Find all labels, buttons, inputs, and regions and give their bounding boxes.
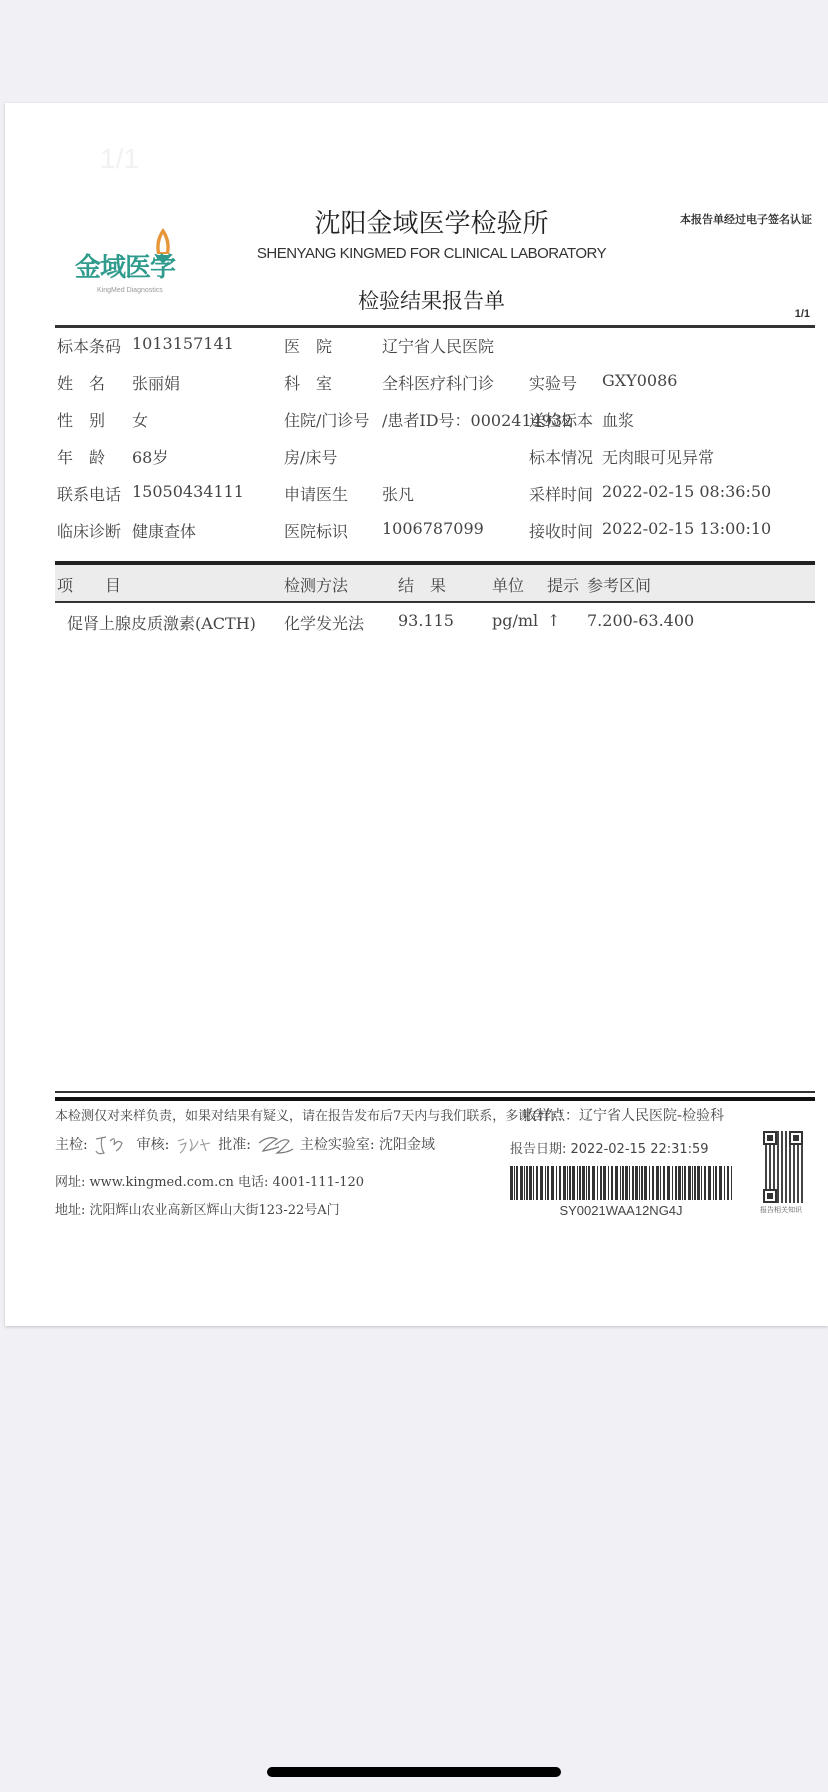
info-row: 标本条码 1013157141 医 院 辽宁省人民医院 [57, 328, 817, 365]
value-diagnosis: 健康查体 [132, 519, 196, 542]
label-specimen-barcode: 标本条码 [57, 334, 121, 357]
home-indicator[interactable] [267, 1767, 561, 1777]
header-result: 结 果 [398, 573, 446, 596]
cell-item: 促肾上腺皮质激素(ACTH) [67, 611, 256, 634]
results-table-header: 项 目 检测方法 结 果 单位 提示 参考区间 [55, 561, 815, 603]
value-name: 张丽娟 [132, 371, 180, 394]
value-specimen-condition: 无肉眼可见异常 [602, 445, 714, 468]
header-unit: 单位 [492, 573, 524, 596]
report-date: 报告日期: 2022-02-15 22:31:59 [510, 1138, 709, 1157]
label-specimen-type: 送检标本 [529, 408, 593, 431]
lab-title-en: SHENYANG KINGMED FOR CLINICAL LABORATORY [5, 245, 828, 262]
value-sex: 女 [132, 408, 148, 431]
label-specimen-condition: 标本情况 [529, 445, 593, 468]
label-hospital: 医 院 [284, 334, 332, 357]
barcode-icon [510, 1166, 732, 1200]
label-diagnosis: 临床诊断 [57, 519, 121, 542]
label-outpatient-no: 住院/门诊号 [284, 408, 369, 431]
report-title: 检验结果报告单 [5, 285, 828, 315]
value-specimen-type: 血浆 [602, 408, 634, 431]
label-requesting-doctor: 申请医生 [284, 482, 348, 505]
info-row: 联系电话 15050434111 申请医生 张凡 采样时间 2022-02-15… [57, 476, 817, 513]
label-hospital-id: 医院标识 [284, 519, 348, 542]
inspector-label: 主检: [55, 1137, 88, 1153]
cell-unit: pg/ml [492, 611, 538, 630]
value-lab-number: GXY0086 [602, 371, 677, 390]
reviewer-label: 审核: [137, 1137, 170, 1153]
reviewer-signature-icon [174, 1133, 214, 1157]
value-sampling-time: 2022-02-15 08:36:50 [602, 482, 771, 501]
value-age: 68岁 [132, 445, 168, 468]
inspector-signature-icon [92, 1133, 132, 1157]
label-received-time: 接收时间 [529, 519, 593, 542]
label-name: 姓 名 [57, 371, 105, 394]
report-document: 1/1 金域医学 KingMed Diagnostics 沈阳金域医学检验所 S… [5, 103, 828, 1326]
value-hospital: 辽宁省人民医院 [382, 334, 494, 357]
value-requesting-doctor: 张凡 [382, 482, 414, 505]
main-lab: 主检实验室: 沈阳金域 [300, 1137, 435, 1153]
label-room-bed: 房/床号 [284, 445, 337, 468]
info-row: 年 龄 68岁 房/床号 标本情况 无肉眼可见异常 [57, 439, 817, 476]
value-department: 全科医疗科门诊 [382, 371, 494, 394]
value-specimen-barcode: 1013157141 [132, 334, 234, 353]
label-sampling-time: 采样时间 [529, 482, 593, 505]
address: 地址: 沈阳辉山农业高新区辉山大街123-22号A门 [55, 1199, 340, 1218]
barcode-id: SY0021WAA12NG4J [510, 1203, 732, 1218]
value-hospital-id: 1006787099 [382, 519, 484, 538]
faint-page-indicator: 1/1 [100, 143, 139, 175]
signatures: 主检: 审核: 批准: 主检实验室: 沈阳金域 [55, 1133, 435, 1157]
collection-point: 收样点：辽宁省人民医院-检验科 [523, 1105, 724, 1125]
label-lab-number: 实验号 [529, 371, 577, 394]
cell-result: 93.115 [398, 611, 454, 630]
label-age: 年 龄 [57, 445, 105, 468]
footer-divider [55, 1091, 815, 1101]
website-phone: 网址: www.kingmed.com.cn 电话: 4001-111-120 [55, 1171, 364, 1190]
cell-method: 化学发光法 [284, 611, 364, 634]
approver-label: 批准: [218, 1137, 251, 1153]
cell-reference-range: 7.200-63.400 [587, 611, 694, 630]
approver-signature-icon [255, 1133, 295, 1157]
header-flag: 提示 [547, 573, 579, 596]
esign-note: 本报告单经过电子签名认证 [680, 211, 812, 227]
qr-code-icon[interactable] [763, 1131, 803, 1203]
info-row: 性 别 女 住院/门诊号 /患者ID号：0002414932 送检标本 血浆 [57, 402, 817, 439]
label-phone: 联系电话 [57, 482, 121, 505]
header-method: 检测方法 [284, 573, 348, 596]
header-item: 项 目 [57, 573, 121, 596]
label-sex: 性 别 [57, 408, 105, 431]
header-reference-range: 参考区间 [587, 573, 651, 596]
patient-info: 标本条码 1013157141 医 院 辽宁省人民医院 姓 名 张丽娟 科 室 … [57, 328, 817, 550]
value-received-time: 2022-02-15 13:00:10 [602, 519, 771, 538]
info-row: 临床诊断 健康查体 医院标识 1006787099 接收时间 2022-02-1… [57, 513, 817, 550]
cell-flag-up-arrow: ↑ [547, 611, 560, 630]
table-row: 促肾上腺皮质激素(ACTH) 化学发光法 93.115 pg/ml ↑ 7.20… [55, 603, 815, 639]
value-phone: 15050434111 [132, 482, 244, 501]
page-number: 1/1 [795, 308, 810, 320]
disclaimer: 本检测仅对来样负责，如果对结果有疑义，请在报告发布后7天内与我们联系，多谢合作！ [55, 1105, 570, 1124]
label-department: 科 室 [284, 371, 332, 394]
info-row: 姓 名 张丽娟 科 室 全科医疗科门诊 实验号 GXY0086 [57, 365, 817, 402]
qr-label: 报告相关知识 [760, 1205, 802, 1215]
